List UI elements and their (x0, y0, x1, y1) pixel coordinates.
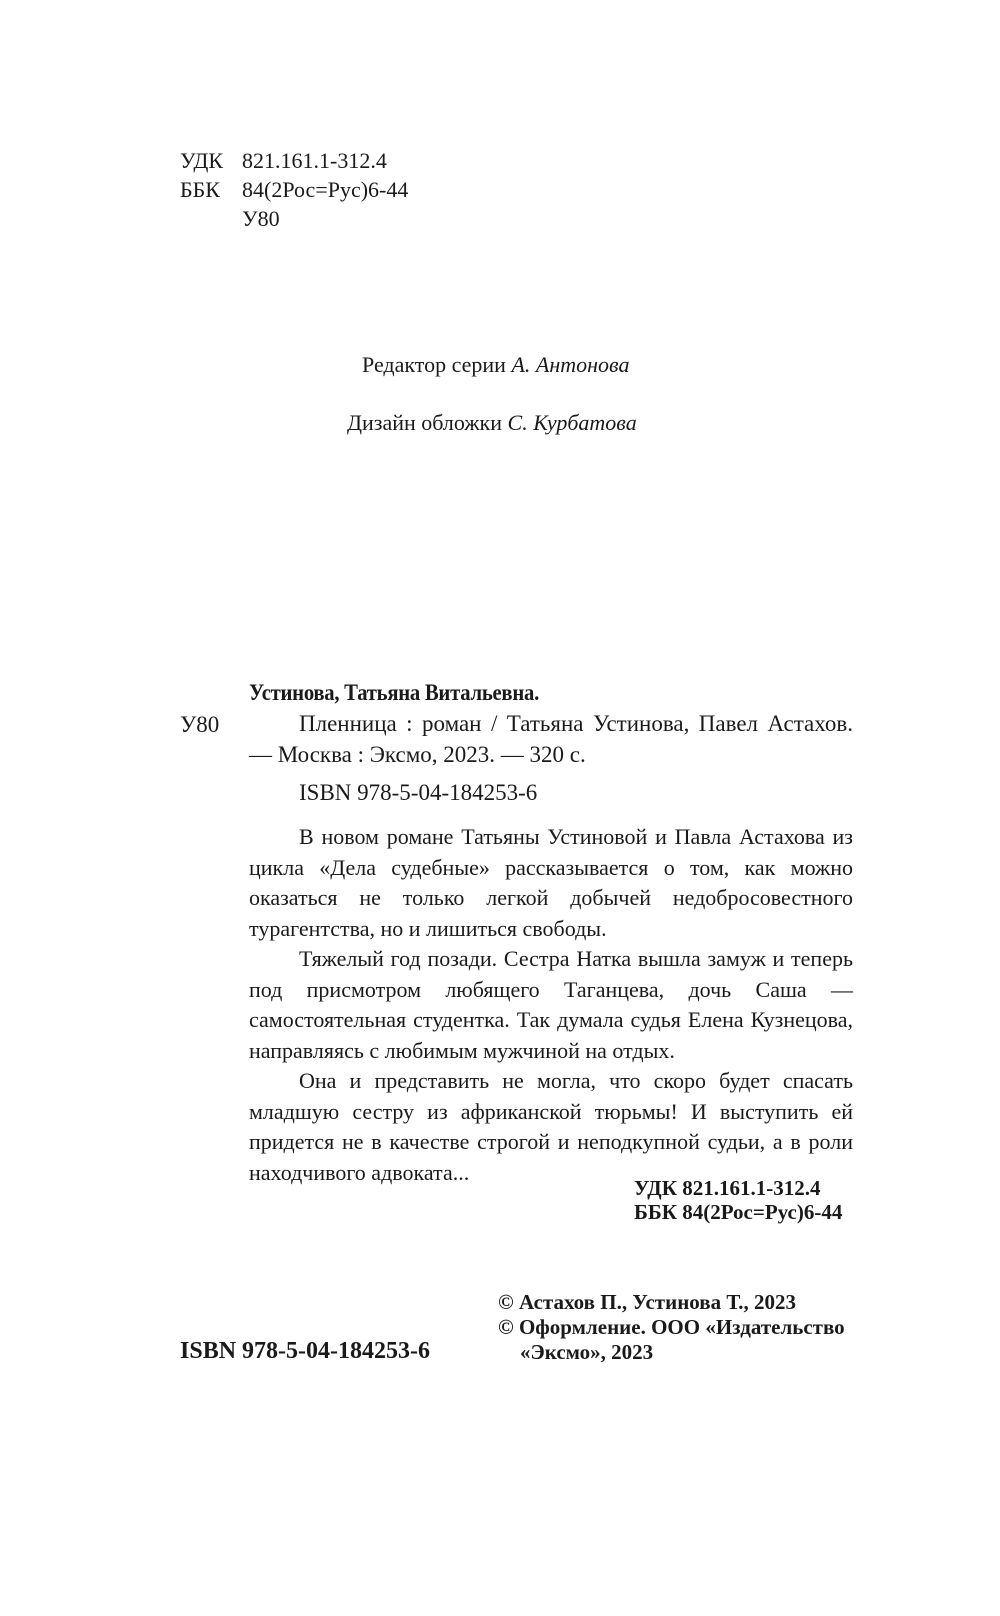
author-mark: У80 (242, 204, 280, 233)
annotation: В новом романе Татьяны Устиновой и Павла… (249, 822, 853, 1188)
bbk-value: 84(2Рос=Рус)6-44 (242, 175, 408, 204)
isbn-record: ISBN 978-5-04-184253-6 (299, 780, 537, 806)
classification-codes: УДК821.161.1-312.4 ББК84(2Рос=Рус)6-44 У… (180, 146, 408, 233)
footer-udk: УДК 821.161.1-312.4 (634, 1176, 842, 1200)
annotation-paragraph: Она и представить не могла, что скоро бу… (249, 1066, 853, 1188)
series-editor-credit: Редактор серии А. Антонова (362, 352, 629, 378)
annotation-paragraph: Тяжелый год позади. Сестра Натка вышла з… (249, 944, 853, 1066)
bib-author-mark: У80 (180, 712, 219, 738)
copyright-block: © Астахов П., Устинова Т., 2023 © Оформл… (498, 1290, 845, 1365)
cover-design-credit: Дизайн обложки С. Курбатова (347, 410, 637, 436)
udk-label: УДК (180, 146, 242, 175)
bbk-label: ББК (180, 175, 242, 204)
annotation-paragraph: В новом романе Татьяны Устиновой и Павла… (249, 822, 853, 944)
footer-classification-codes: УДК 821.161.1-312.4 ББК 84(2Рос=Рус)6-44 (634, 1176, 842, 1224)
udk-value: 821.161.1-312.4 (242, 146, 387, 175)
copyright-authors: © Астахов П., Устинова Т., 2023 (498, 1290, 845, 1315)
bibliographic-description: Пленница : роман / Татьяна Устинова, Пав… (249, 708, 853, 770)
series-editor-name: А. Антонова (511, 352, 629, 377)
author-heading: Устинова, Татьяна Витальевна. (249, 680, 539, 706)
isbn-main: ISBN 978-5-04-184253-6 (180, 1338, 430, 1365)
copyright-design: © Оформление. ООО «Издательство (498, 1315, 845, 1340)
cover-designer-name: С. Курбатова (508, 410, 637, 435)
footer-bbk: ББК 84(2Рос=Рус)6-44 (634, 1200, 842, 1224)
copyright-publisher: «Эксмо», 2023 (498, 1340, 845, 1365)
